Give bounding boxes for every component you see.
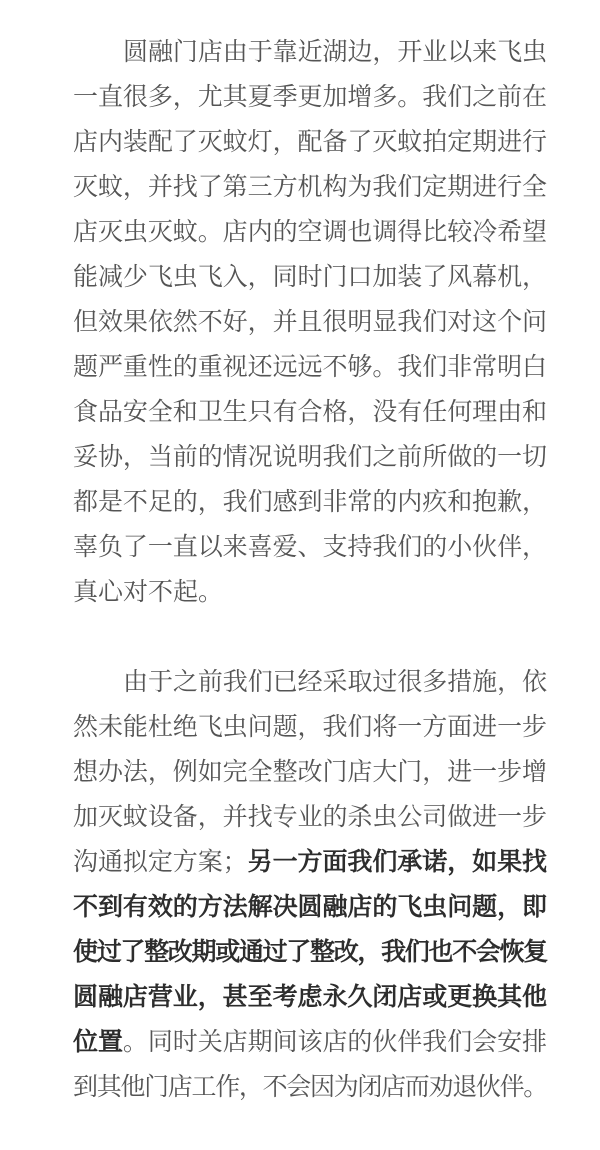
text-line: 店灭虫灭蚊。店内的空调也调得比较冷希望 [73, 210, 547, 255]
text-line: 但效果依然不好，并且很明显我们对这个问 [73, 300, 547, 345]
text-line-content: 到其他门店工作，不会因为闭店而劝退伙伴。 [73, 1065, 547, 1110]
text-line-content: 店内装配了灭蚊灯，配备了灭蚊拍定期进行 [73, 120, 547, 165]
text-segment: 圆融门店由于靠近湖边，开业以来飞虫 [123, 38, 547, 66]
text-line-content: 灭蚊，并找了第三方机构为我们定期进行全 [73, 165, 547, 210]
text-line: 位置。同时关店期间该店的伙伴我们会安排 [73, 1020, 547, 1065]
text-line: 想办法，例如完全整改门店大门，进一步增 [73, 750, 547, 795]
text-segment-emphasis: 使过了整改期或通过了整改，我们也不会恢复 [73, 938, 547, 966]
statement-body: 圆融门店由于靠近湖边，开业以来飞虫一直很多，尤其夏季更加增多。我们之前在店内装配… [73, 30, 547, 1110]
text-segment: 。同时关店期间该店的伙伴我们会安排 [123, 1028, 547, 1056]
text-line-content: 能减少飞虫飞入，同时门口加装了风幕机， [73, 255, 547, 300]
text-line: 灭蚊，并找了第三方机构为我们定期进行全 [73, 165, 547, 210]
text-line: 辜负了一直以来喜爱、支持我们的小伙伴， [73, 525, 547, 570]
text-line: 能减少飞虫飞入，同时门口加装了风幕机， [73, 255, 547, 300]
text-line: 圆融门店由于靠近湖边，开业以来飞虫 [73, 30, 547, 75]
text-line: 然未能杜绝飞虫问题，我们将一方面进一步 [73, 705, 547, 750]
text-line-content: 店灭虫灭蚊。店内的空调也调得比较冷希望 [73, 210, 547, 255]
text-segment: 沟通拟定方案； [73, 848, 248, 876]
text-line-content: 由于之前我们已经采取过很多措施，依 [123, 660, 547, 705]
text-segment: 妥协，当前的情况说明我们之前所做的一切 [73, 443, 547, 471]
text-line: 店内装配了灭蚊灯，配备了灭蚊拍定期进行 [73, 120, 547, 165]
text-segment: 店内装配了灭蚊灯，配备了灭蚊拍定期进行 [73, 128, 547, 156]
text-segment: 然未能杜绝飞虫问题，我们将一方面进一步 [73, 713, 547, 741]
text-line: 到其他门店工作，不会因为闭店而劝退伙伴。 [73, 1065, 547, 1110]
document-page: { "page": { "background": "#ffffff", "te… [0, 0, 600, 1150]
text-line-content: 食品安全和卫生只有合格，没有任何理由和 [73, 390, 547, 435]
text-line-content: 辜负了一直以来喜爱、支持我们的小伙伴， [73, 525, 547, 570]
paragraph: 由于之前我们已经采取过很多措施，依然未能杜绝飞虫问题，我们将一方面进一步想办法，… [73, 660, 547, 1110]
text-line-content: 妥协，当前的情况说明我们之前所做的一切 [73, 435, 547, 480]
text-segment: 加灭蚊设备，并找专业的杀虫公司做进一步 [73, 803, 547, 831]
text-line-content: 真心对不起。 [73, 570, 223, 615]
text-segment: 由于之前我们已经采取过很多措施，依 [123, 668, 547, 696]
text-line: 食品安全和卫生只有合格，没有任何理由和 [73, 390, 547, 435]
text-segment: 都是不足的，我们感到非常的内疚和抱歉， [73, 488, 547, 516]
text-segment-emphasis: 位置 [73, 1028, 123, 1056]
text-line: 圆融店营业，甚至考虑永久闭店或更换其他 [73, 975, 547, 1020]
text-line-content: 沟通拟定方案；另一方面我们承诺，如果找 [73, 840, 547, 885]
text-line-content: 但效果依然不好，并且很明显我们对这个问 [73, 300, 547, 345]
text-segment: 能减少飞虫飞入，同时门口加装了风幕机， [73, 263, 547, 291]
text-line: 使过了整改期或通过了整改，我们也不会恢复 [73, 930, 547, 975]
text-segment: 真心对不起。 [73, 578, 223, 606]
text-line-content: 圆融门店由于靠近湖边，开业以来飞虫 [123, 30, 547, 75]
text-line-content: 圆融店营业，甚至考虑永久闭店或更换其他 [73, 975, 547, 1020]
text-segment: 但效果依然不好，并且很明显我们对这个问 [73, 308, 547, 336]
text-segment-emphasis: 圆融店营业，甚至考虑永久闭店或更换其他 [73, 983, 547, 1011]
text-line: 题严重性的重视还远远不够。我们非常明白 [73, 345, 547, 390]
paragraph: 圆融门店由于靠近湖边，开业以来飞虫一直很多，尤其夏季更加增多。我们之前在店内装配… [73, 30, 547, 615]
text-line-content: 使过了整改期或通过了整改，我们也不会恢复 [73, 930, 547, 975]
text-segment-emphasis: 另一方面我们承诺，如果找 [248, 848, 547, 876]
text-line-content: 位置。同时关店期间该店的伙伴我们会安排 [73, 1020, 547, 1065]
text-line-content: 都是不足的，我们感到非常的内疚和抱歉， [73, 480, 547, 525]
text-line: 加灭蚊设备，并找专业的杀虫公司做进一步 [73, 795, 547, 840]
text-line: 真心对不起。 [73, 570, 547, 615]
text-line-content: 想办法，例如完全整改门店大门，进一步增 [73, 750, 547, 795]
text-segment: 到其他门店工作，不会因为闭店而劝退伙伴。 [73, 1073, 547, 1101]
text-line: 妥协，当前的情况说明我们之前所做的一切 [73, 435, 547, 480]
text-segment: 想办法，例如完全整改门店大门，进一步增 [73, 758, 547, 786]
text-line: 沟通拟定方案；另一方面我们承诺，如果找 [73, 840, 547, 885]
text-line: 都是不足的，我们感到非常的内疚和抱歉， [73, 480, 547, 525]
text-segment: 一直很多，尤其夏季更加增多。我们之前在 [73, 83, 547, 111]
text-segment: 店灭虫灭蚊。店内的空调也调得比较冷希望 [73, 218, 547, 246]
text-line-content: 然未能杜绝飞虫问题，我们将一方面进一步 [73, 705, 547, 750]
text-line-content: 加灭蚊设备，并找专业的杀虫公司做进一步 [73, 795, 547, 840]
text-line: 由于之前我们已经采取过很多措施，依 [73, 660, 547, 705]
text-segment: 食品安全和卫生只有合格，没有任何理由和 [73, 398, 547, 426]
text-segment-emphasis: 不到有效的方法解决圆融店的飞虫问题，即 [73, 893, 547, 921]
text-line-content: 一直很多，尤其夏季更加增多。我们之前在 [73, 75, 547, 120]
text-line-content: 不到有效的方法解决圆融店的飞虫问题，即 [73, 885, 547, 930]
text-segment: 灭蚊，并找了第三方机构为我们定期进行全 [73, 173, 547, 201]
text-segment: 题严重性的重视还远远不够。我们非常明白 [73, 353, 547, 381]
text-line-content: 题严重性的重视还远远不够。我们非常明白 [73, 345, 547, 390]
text-line: 一直很多，尤其夏季更加增多。我们之前在 [73, 75, 547, 120]
text-line: 不到有效的方法解决圆融店的飞虫问题，即 [73, 885, 547, 930]
text-segment: 辜负了一直以来喜爱、支持我们的小伙伴， [73, 533, 547, 561]
